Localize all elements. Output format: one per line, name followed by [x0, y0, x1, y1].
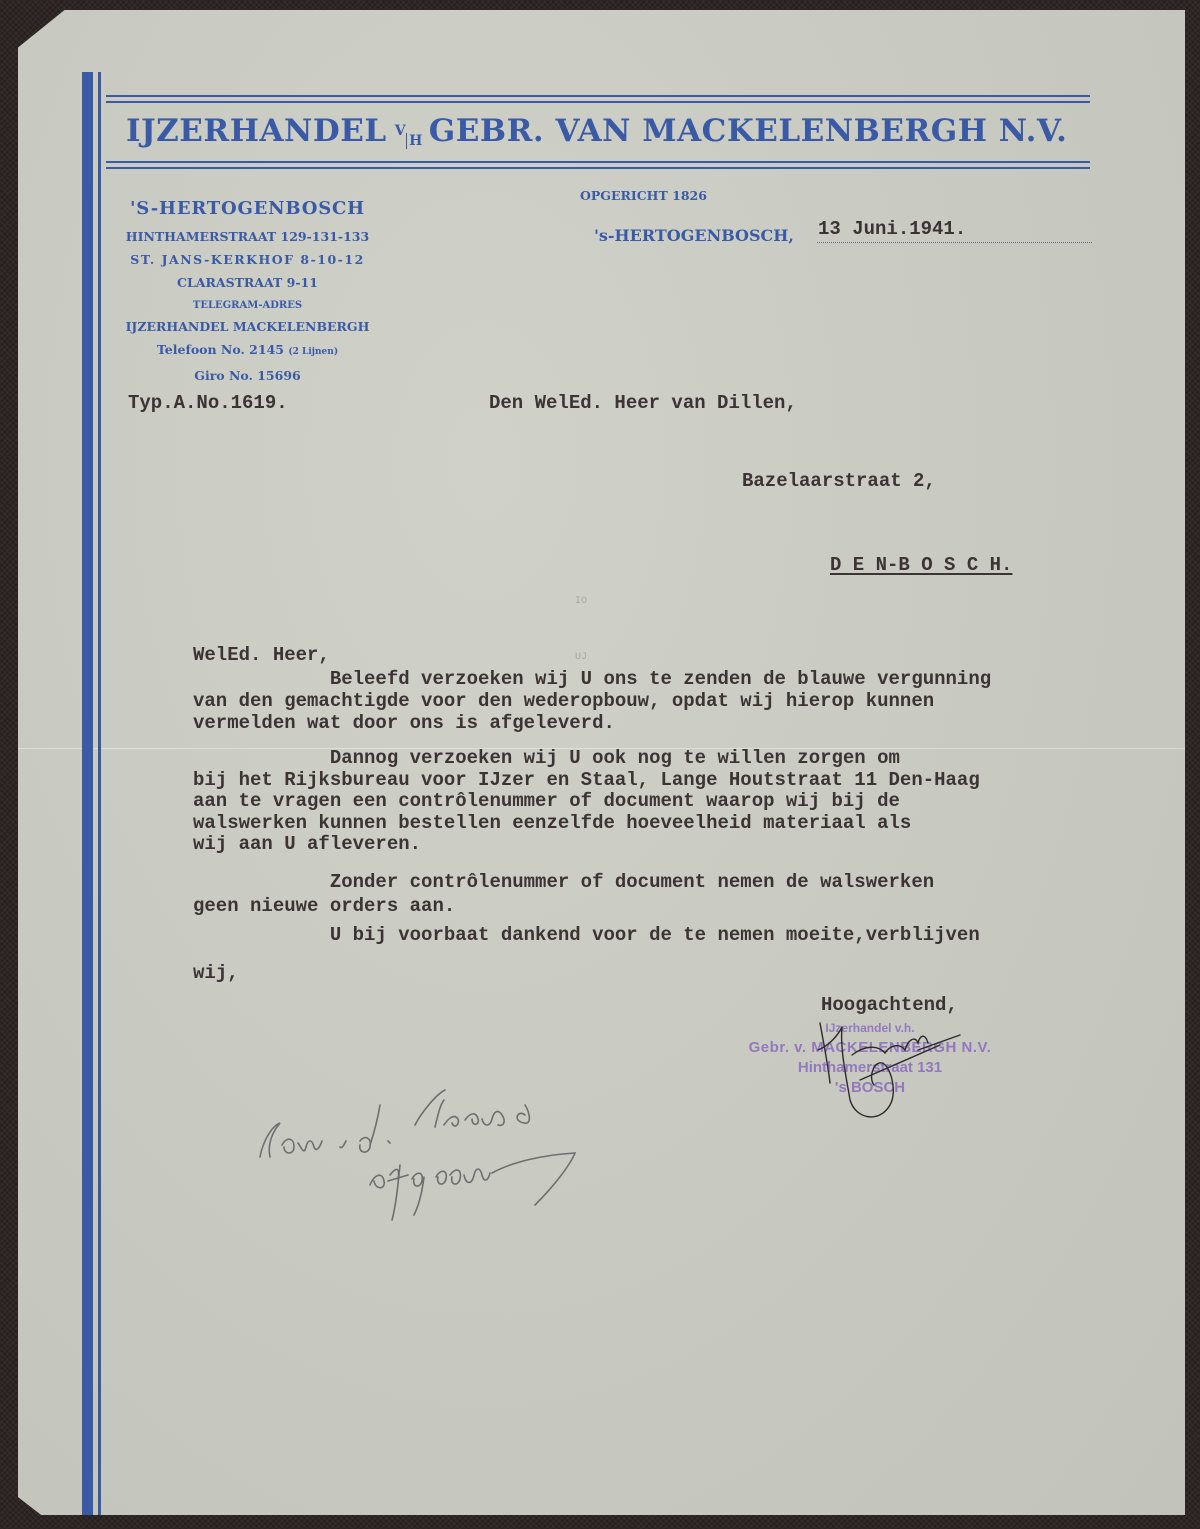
ghost-mark: IO: [575, 596, 587, 607]
handwritten-signature-icon: [790, 1005, 990, 1125]
dateline-dotted-rule: [817, 242, 1092, 243]
telegram-address: IJZERHANDEL MACKELENBERGH: [110, 315, 385, 338]
recipient-name: Den WelEd. Heer van Dillen,: [489, 392, 797, 414]
pencil-note-icon: [240, 1075, 610, 1225]
paragraph-1: Beleefd verzoeken wij U ons te zenden de…: [193, 668, 991, 734]
letter-paper: IJZERHANDELVHGEBR. VAN MACKELENBERGH N.V…: [18, 10, 1185, 1515]
vh-mark: VH: [395, 123, 423, 139]
header-rule-top-2: [106, 101, 1090, 103]
salutation: WelEd. Heer,: [193, 644, 330, 666]
reference-number: Typ.A.No.1619.: [128, 392, 288, 414]
phone-line: Telefoon No. 2145 (2 Lijnen): [110, 338, 385, 364]
header-rule-bottom-1: [106, 161, 1090, 163]
founded-year: OPGERICHT 1826: [580, 188, 707, 203]
header-rule-top-1: [106, 95, 1090, 97]
dateline: 's-HERTOGENBOSCH, 13 Juni.1941.: [582, 222, 1092, 246]
company-name: GEBR. VAN MACKELENBERGH N.V.: [429, 113, 1068, 149]
letter-date: 13 Juni.1941.: [818, 218, 966, 240]
dateline-place: 's-HERTOGENBOSCH,: [594, 226, 794, 245]
company-address-block: 'S-HERTOGENBOSCH HINTHAMERSTRAAT 129-131…: [110, 198, 385, 387]
address-line-3: CLARASTRAAT 9-11: [110, 271, 385, 294]
giro-line: Giro No. 15696: [110, 364, 385, 387]
paragraph-2: Dannog verzoeken wij U ook nog te willen…: [193, 748, 980, 856]
recipient-city: D E N-B O S C H.: [830, 554, 1012, 576]
telegram-label: TELEGRAM-ADRES: [110, 297, 385, 315]
recipient-street: Bazelaarstraat 2,: [742, 470, 936, 492]
letterhead-left-bar-thin: [98, 72, 101, 1515]
address-city: 'S-HERTOGENBOSCH: [110, 198, 385, 219]
address-line-1: HINTHAMERSTRAAT 129-131-133: [110, 225, 385, 248]
paragraph-4: U bij voorbaat dankend voor de te nemen …: [193, 926, 980, 983]
company-title: IJZERHANDELVHGEBR. VAN MACKELENBERGH N.V…: [126, 113, 1106, 149]
ghost-mark: UJ: [575, 652, 587, 663]
company-prefix: IJZERHANDEL: [126, 113, 387, 149]
header-rule-bottom-2: [106, 167, 1090, 169]
address-line-2: ST. JANS-KERKHOF 8-10-12: [110, 248, 385, 271]
letterhead-left-bar-thick: [82, 72, 93, 1515]
paragraph-3: Zonder contrôlenummer of document nemen …: [193, 870, 934, 918]
